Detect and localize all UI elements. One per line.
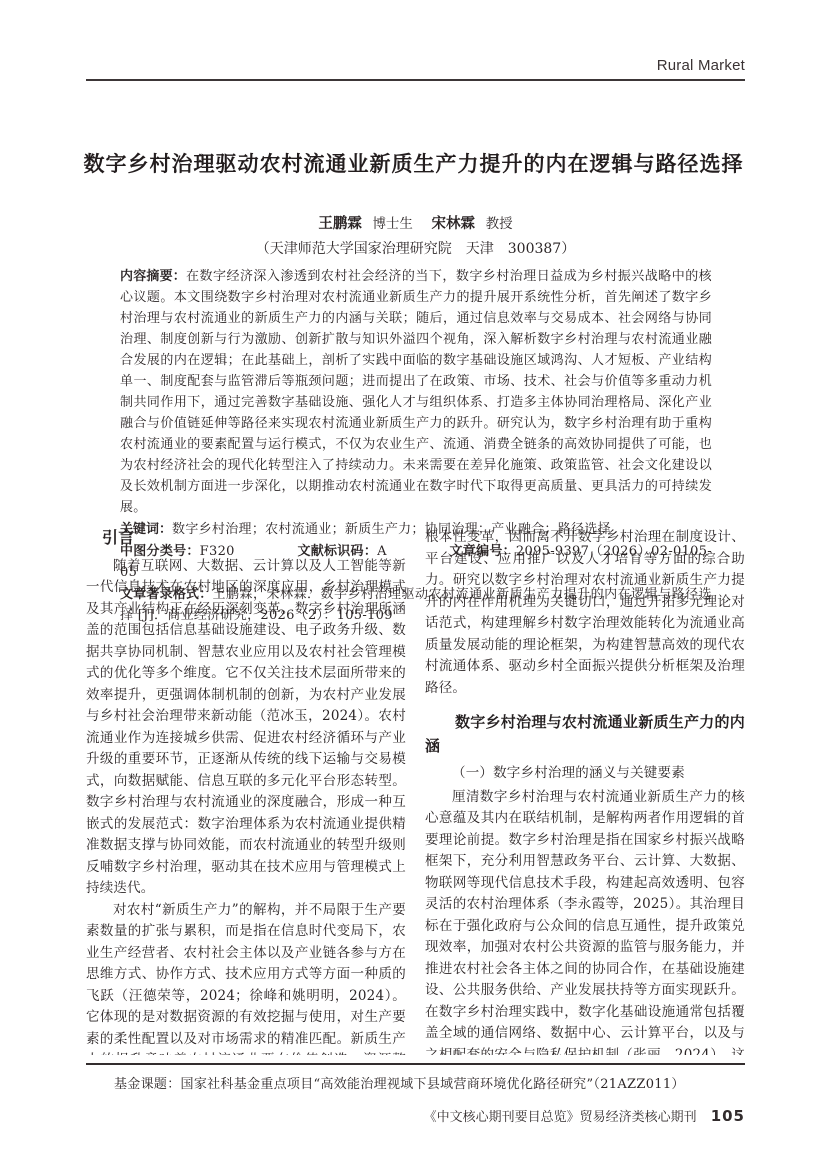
right-column: 根本性变革，因而离不开数字乡村治理在制度设计、平台建设、应用推广以及人才培育等方… (425, 527, 745, 1055)
body-paragraph-continued: 根本性变革，因而离不开数字乡村治理在制度设计、平台建设、应用推广以及人才培育等方… (425, 527, 745, 699)
page-number: 105 (711, 1107, 745, 1125)
abstract-label: 内容摘要： (120, 269, 186, 284)
footnote-rule (86, 1063, 745, 1065)
author-role: 教授 (486, 216, 513, 232)
abstract-paragraph: 内容摘要：在数字经济深入渗透到农村社会经济的当下，数字乡村治理日益成为乡村振兴战… (120, 266, 712, 518)
funding-text: 国家社科基金重点项目“高效能治理视域下县域营商环境优化路径研究”（21AZZ01… (181, 1077, 685, 1092)
abstract-text: 在数字经济深入渗透到农村社会经济的当下，数字乡村治理日益成为乡村振兴战略中的核心… (120, 269, 712, 515)
left-column: 引言 随着互联网、大数据、云计算以及人工智能等新一代信息技术在农村地区的深度应用… (86, 527, 406, 1055)
body-paragraph: 随着互联网、大数据、云计算以及人工智能等新一代信息技术在农村地区的深度应用，乡村… (86, 556, 406, 900)
author-name: 宋林霖 (432, 216, 476, 232)
journal-header-english-title: Rural Market (86, 57, 745, 74)
section-heading: 数字乡村治理与农村流通业新质生产力的内涵 (425, 710, 745, 758)
header-rule (86, 79, 745, 81)
author-line: 王鹏霖 博士生 宋林霖 教授 (86, 212, 745, 233)
subsection-heading: （一）数字乡村治理的涵义与关键要素 (425, 763, 745, 785)
intro-heading: 引言 (86, 527, 406, 549)
body-paragraph: 对农村“新质生产力”的解构，并不局限于生产要素数量的扩张与累积，而是指在信息时代… (86, 900, 406, 1056)
page-footer: 《中文核心期刊要目总览》贸易经济类核心期刊105 (86, 1106, 745, 1125)
journal-article-page: Rural Market 数字乡村治理驱动农村流通业新质生产力提升的内在逻辑与路… (0, 0, 827, 1169)
author-role: 博士生 (372, 216, 413, 232)
body-columns: 引言 随着互联网、大数据、云计算以及人工智能等新一代信息技术在农村地区的深度应用… (86, 527, 745, 1055)
funding-footnote: 基金课题：国家社科基金重点项目“高效能治理视域下县域营商环境优化路径研究”（21… (114, 1073, 730, 1092)
journal-core-note: 《中文核心期刊要目总览》贸易经济类核心期刊 (424, 1110, 697, 1125)
body-paragraph: 厘清数字乡村治理与农村流通业新质生产力的核心意蕴及其内在联结机制，是解构两者作用… (425, 787, 745, 1056)
funding-label: 基金课题： (114, 1077, 181, 1092)
affiliation: （天津师范大学国家治理研究院 天津 300387） (86, 238, 745, 258)
author-name: 王鹏霖 (318, 216, 362, 232)
article-title: 数字乡村治理驱动农村流通业新质生产力提升的内在逻辑与路径选择 (60, 148, 767, 178)
